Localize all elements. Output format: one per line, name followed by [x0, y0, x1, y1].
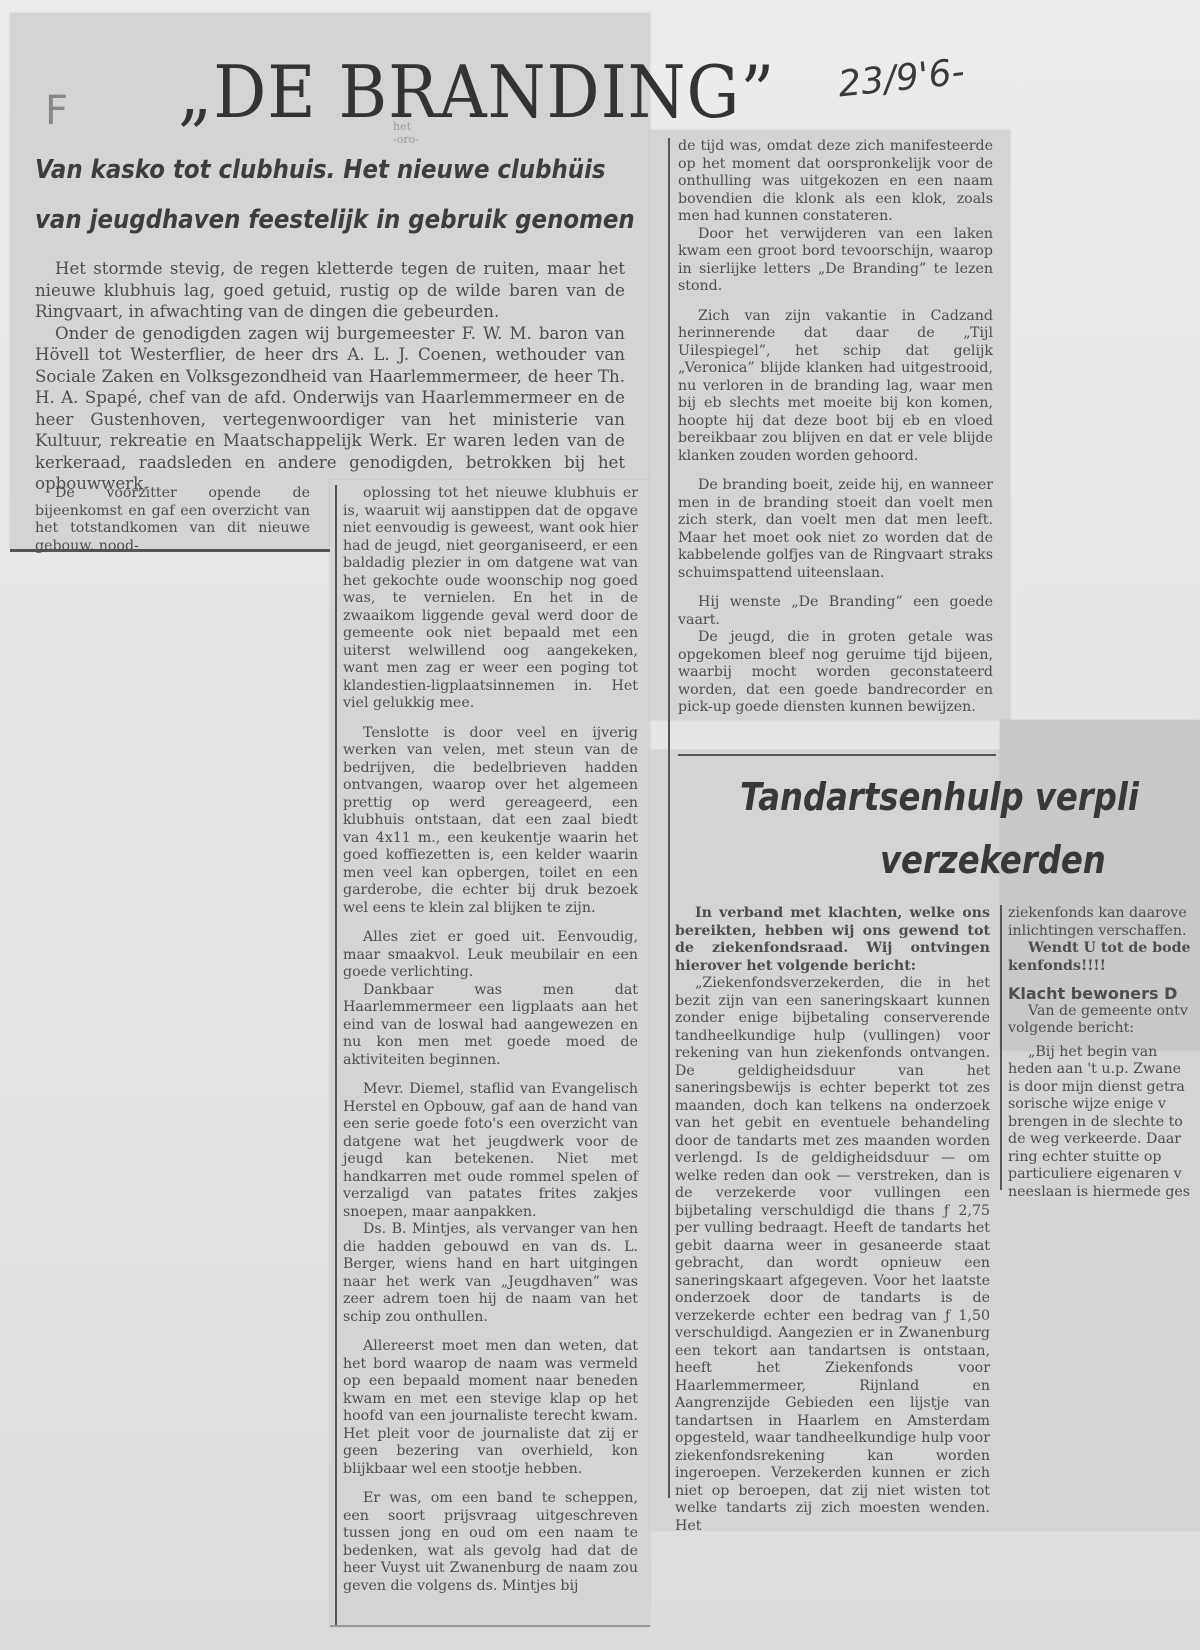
column-divider — [335, 485, 337, 1625]
paragraph: Door het verwijderen van een laken kwam … — [678, 226, 993, 296]
paragraph: Alles ziet er goed uit. Eenvoudig, maar … — [343, 929, 638, 982]
text-line: volgende bericht: — [1008, 1020, 1200, 1038]
klacht-heading: Klacht bewoners D — [1008, 985, 1200, 1003]
text-line: brengen in de slechte to — [1008, 1114, 1200, 1132]
paragraph: Ds. B. Mintjes, als vervanger van hen di… — [343, 1221, 638, 1326]
subheadline-line-2: van jeugdhaven feestelijk in gebruik gen… — [35, 205, 635, 235]
text-line: ziekenfonds kan daarove — [1008, 905, 1200, 923]
headline: „DE BRANDING” — [178, 50, 775, 134]
text-line: inlichtingen verschaffen. — [1008, 923, 1200, 941]
column-divider — [668, 138, 670, 1498]
lead-paragraphs: Het stormde stevig, de regen kletterde t… — [35, 258, 625, 495]
paragraph: Hij wenste „De Branding” een goede vaart… — [678, 594, 993, 629]
text-line: particuliere eigenaren v — [1008, 1166, 1200, 1184]
lead-paragraph: Het stormde stevig, de regen kletterde t… — [35, 258, 625, 323]
paragraph: Tenslotte is door veel en ijverig werken… — [343, 725, 638, 918]
margin-mark: F — [45, 88, 68, 134]
text-line: heden aan 't u.p. Zwane — [1008, 1061, 1200, 1079]
paragraph: Er was, om een band te scheppen, een soo… — [343, 1490, 638, 1595]
text-line: Van de gemeente ontv — [1008, 1003, 1200, 1021]
tandarts-headline-line-1: Tandartsenhulp verpli — [740, 775, 1139, 819]
paragraph: De branding boeit, zeide hij, en wanneer… — [678, 477, 993, 582]
paragraph: Dankbaar was men dat Haarlemmermeer een … — [343, 982, 638, 1070]
column-divider — [1000, 905, 1002, 1190]
paragraph: Zich van zijn vakantie in Cadzand herinn… — [678, 308, 993, 466]
paragraph: Mevr. Diemel, staflid van Evangelisch He… — [343, 1081, 638, 1221]
column-d: In verband met klachten, welke ons berei… — [675, 905, 990, 1535]
text-line: „Bij het begin van — [1008, 1044, 1200, 1062]
paragraph: oplossing tot het nieuwe klubhuis er is,… — [343, 485, 638, 713]
text-line: de weg verkeerde. Daar — [1008, 1131, 1200, 1149]
paragraph: de tijd was, omdat deze zich manifesteer… — [678, 138, 993, 226]
subheadline-line-1: Van kasko tot clubhuis. Het nieuwe clubh… — [35, 155, 606, 185]
text-line: ring echter stuitte op — [1008, 1149, 1200, 1167]
lead-paragraph: Onder de genodigden zagen wij burgemeest… — [35, 323, 625, 495]
article-separator — [678, 754, 996, 756]
text-line: is door mijn dienst getra — [1008, 1079, 1200, 1097]
column-c: de tijd was, omdat deze zich manifesteer… — [678, 138, 993, 717]
intro-paragraph: In verband met klachten, welke ons berei… — [675, 905, 990, 975]
paragraph: „Ziekenfondsverzekerden, die in het bezi… — [675, 975, 990, 1535]
callout-bold: kenfonds!!!! — [1008, 958, 1200, 976]
paragraph: Allereerst moet men dan weten, dat het b… — [343, 1338, 638, 1478]
column-a: De voorzitter opende de bijeenkomst en g… — [35, 485, 310, 555]
paragraph: De jeugd, die in groten getale was opgek… — [678, 629, 993, 717]
callout-bold: Wendt U tot de bode — [1008, 940, 1200, 958]
text-line: neeslaan is hiermede ges — [1008, 1184, 1200, 1202]
paragraph: De voorzitter opende de bijeenkomst en g… — [35, 485, 310, 555]
text-line: sorische wijze enige v — [1008, 1096, 1200, 1114]
column-e: ziekenfonds kan daarove inlichtingen ver… — [1008, 905, 1200, 1201]
tandarts-headline-line-2: verzekerden — [880, 838, 1106, 882]
column-b: oplossing tot het nieuwe klubhuis er is,… — [343, 485, 638, 1595]
